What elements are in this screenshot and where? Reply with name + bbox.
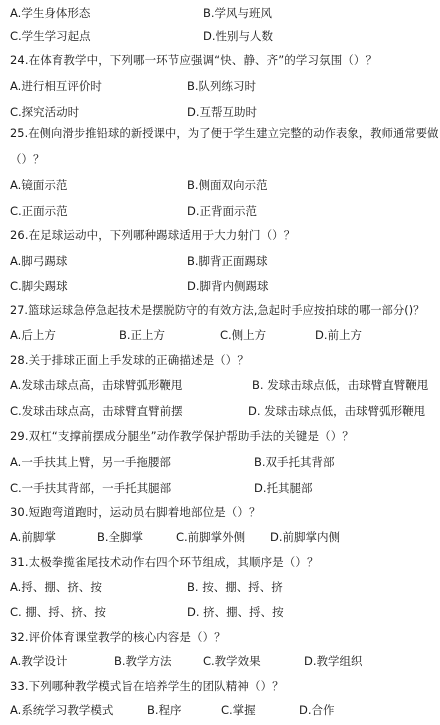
option-b[interactable]: B. 发球击球点低，击球臂直臂鞭甩 — [252, 375, 428, 395]
option-b[interactable]: B.程序 — [147, 700, 182, 720]
question-stem: 27.篮球运球急停急起技术是摆脱防守的有效方法,急起时手应按拍球的哪一部分()？ — [10, 301, 424, 321]
question-stem: 24.在体育教学中，下列哪一环节应强调“快、静、齐”的学习氛围（）？ — [10, 50, 377, 70]
option-d[interactable]: D.正背面示范 — [187, 201, 257, 221]
option-d[interactable]: D.互帮互助时 — [187, 102, 257, 122]
question-stem: 29.双杠“支撑前摆成分腿坐”动作教学保护帮助手法的关键是（）？ — [10, 426, 354, 446]
option-b[interactable]: B.教学方法 — [114, 651, 172, 671]
option-a[interactable]: A.前脚掌 — [10, 527, 56, 547]
option-a[interactable]: A.后上方 — [10, 325, 56, 345]
option-b[interactable]: B.队列练习时 — [187, 76, 256, 96]
option-d[interactable]: D. 挤、掤、捋、按 — [187, 602, 284, 622]
option-c[interactable]: C.侧上方 — [220, 325, 266, 345]
option-d[interactable]: D.前脚掌内侧 — [270, 527, 340, 547]
option-b[interactable]: B.侧面双向示范 — [187, 175, 268, 195]
option-d[interactable]: D. 发球击球点低，击球臂弧形鞭甩 — [248, 401, 425, 421]
option-a[interactable]: A.发球击球点高，击球臂弧形鞭甩 — [10, 375, 182, 395]
option-a[interactable]: A.系统学习教学模式 — [10, 700, 113, 720]
option-a[interactable]: A.镜面示范 — [10, 175, 67, 195]
option-c[interactable]: C.掌握 — [221, 700, 256, 720]
option-c[interactable]: C.正面示范 — [10, 201, 68, 221]
option-b[interactable]: B.全脚掌 — [97, 527, 143, 547]
question-stem: 30.短跑弯道跑时，运动员右脚着地部位是（）？ — [10, 502, 261, 522]
option-d[interactable]: D.脚背内侧踢球 — [187, 276, 269, 296]
option-c[interactable]: C.探究活动时 — [10, 102, 79, 122]
option-d[interactable]: D.前上方 — [315, 325, 362, 345]
option-b[interactable]: B.学风与班风 — [203, 3, 272, 23]
option-a[interactable]: A.一手扶其上臂，另一手拖腰部 — [10, 452, 171, 472]
option-c[interactable]: C.一手扶其背部，一手托其腿部 — [10, 478, 171, 498]
option-a[interactable]: A.捋、掤、挤、按 — [10, 577, 102, 597]
option-a[interactable]: A.进行相互评价时 — [10, 76, 102, 96]
question-stem: 25.在侧向滑步推铅球的新授课中，为了便于学生建立完整的动作表象，教师通常要做 — [10, 124, 439, 144]
option-d[interactable]: D.托其腿部 — [254, 478, 313, 498]
option-c[interactable]: C. 掤、捋、挤、按 — [10, 602, 106, 622]
option-a[interactable]: A.脚弓踢球 — [10, 251, 67, 271]
question-stem: 33.下列哪种教学模式旨在培养学生的团队精神（）？ — [10, 676, 284, 696]
option-a[interactable]: A.学生身体形态 — [10, 3, 90, 23]
option-c[interactable]: C.前脚掌外侧 — [176, 527, 245, 547]
question-stem: 26.在足球运动中，下列哪种踢球适用于大力射门（）？ — [10, 225, 295, 245]
option-b[interactable]: B.双手托其背部 — [254, 452, 335, 472]
option-c[interactable]: C.脚尖踢球 — [10, 276, 68, 296]
option-b[interactable]: B.正上方 — [119, 325, 165, 345]
question-stem-continued: （）？ — [10, 149, 45, 169]
option-c[interactable]: C.教学效果 — [203, 651, 261, 671]
option-d[interactable]: D.性别与人数 — [203, 26, 273, 46]
option-c[interactable]: C.发球击球点高，击球臂直臂前摆 — [10, 401, 183, 421]
option-d[interactable]: D.教学组织 — [304, 651, 363, 671]
option-c[interactable]: C.学生学习起点 — [10, 26, 91, 46]
option-b[interactable]: B.脚背正面踢球 — [187, 251, 268, 271]
question-stem: 28.关于排球正面上手发球的正确描述是（）？ — [10, 350, 249, 370]
option-a[interactable]: A.教学设计 — [10, 651, 67, 671]
question-stem: 31.太极拳揽雀尾技术动作右四个环节组成，其顺序是（）？ — [10, 552, 319, 572]
option-b[interactable]: B. 按、掤、捋、挤 — [187, 577, 283, 597]
option-d[interactable]: D.合作 — [299, 700, 335, 720]
question-stem: 32.评价体育课堂教学的核心内容是（）？ — [10, 627, 226, 647]
